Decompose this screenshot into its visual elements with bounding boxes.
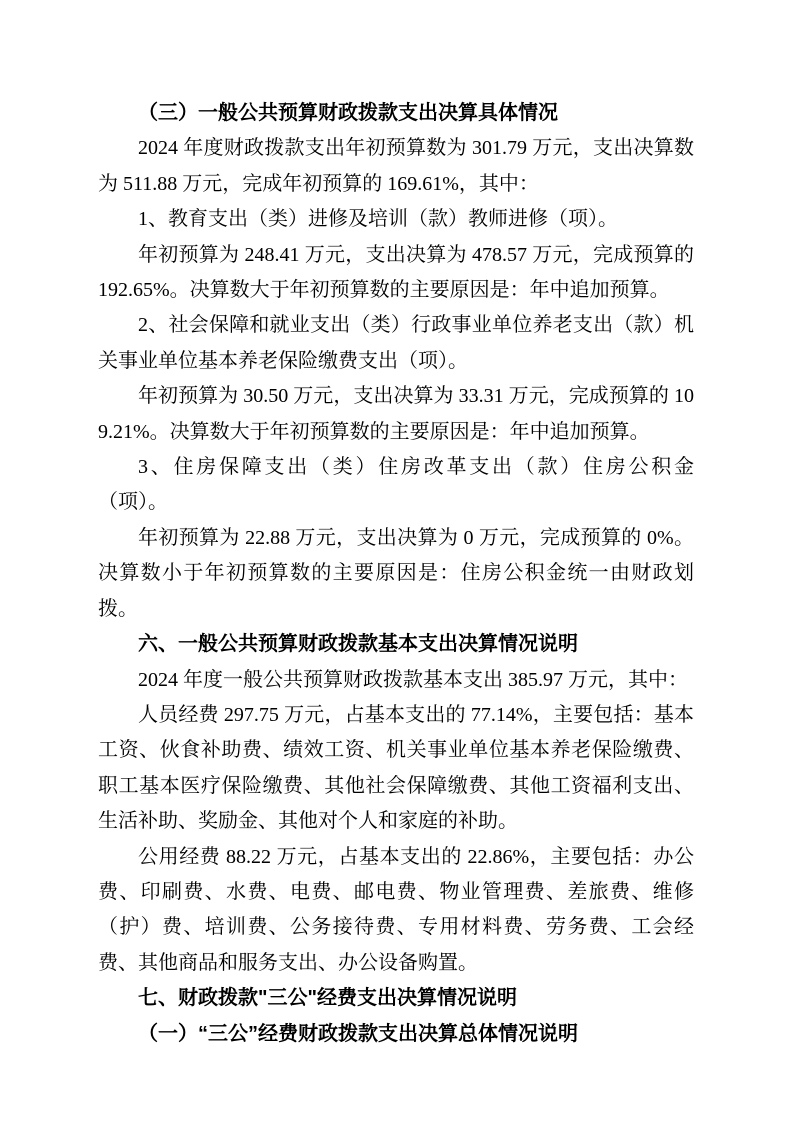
heading-section-6-basic-expenditure: 六、一般公共预算财政拨款基本支出决算情况说明 [98, 627, 694, 662]
heading-section-7-three-public-expenses: 七、财政拨款"三公"经费支出决算情况说明 [98, 981, 694, 1016]
paragraph-item-1-budget-figures: 年初预算为 248.41 万元，支出决算为 478.57 万元，完成预算的 19… [98, 238, 694, 309]
paragraph-personnel-expenses: 人员经费 297.75 万元，占基本支出的 77.14%，主要包括：基本工资、伙… [98, 698, 694, 840]
paragraph-overall-expenditure-summary: 2024 年度财政拨款支出年初预算数为 301.79 万元，支出决算数为 511… [98, 131, 694, 202]
heading-section-3-budget-expenditure-details: （三）一般公共预算财政拨款支出决算具体情况 [98, 96, 694, 131]
paragraph-public-expenses: 公用经费 88.22 万元，占基本支出的 22.86%，主要包括：办公费、印刷费… [98, 840, 694, 982]
paragraph-item-2-social-security-expenditure: 2、社会保障和就业支出（类）行政事业单位养老支出（款）机关事业单位基本养老保险缴… [98, 308, 694, 379]
paragraph-basic-expenditure-total: 2024 年度一般公共预算财政拨款基本支出 385.97 万元，其中： [98, 663, 694, 698]
paragraph-item-2-budget-figures: 年初预算为 30.50 万元，支出决算为 33.31 万元，完成预算的 109.… [98, 379, 694, 450]
paragraph-item-3-budget-figures: 年初预算为 22.88 万元，支出决算为 0 万元，完成预算的 0%。决算数小于… [98, 521, 694, 627]
document-body: （三）一般公共预算财政拨款支出决算具体情况 2024 年度财政拨款支出年初预算数… [98, 96, 694, 1052]
document-page: （三）一般公共预算财政拨款支出决算具体情况 2024 年度财政拨款支出年初预算数… [0, 0, 793, 1122]
paragraph-item-1-education-expenditure: 1、教育支出（类）进修及培训（款）教师进修（项）。 [98, 202, 694, 237]
paragraph-item-3-housing-expenditure: 3、住房保障支出（类）住房改革支出（款）住房公积金（项）。 [98, 450, 694, 521]
heading-subsection-7-1-overall-situation: （一）“三公”经费财政拨款支出决算总体情况说明 [98, 1017, 694, 1052]
